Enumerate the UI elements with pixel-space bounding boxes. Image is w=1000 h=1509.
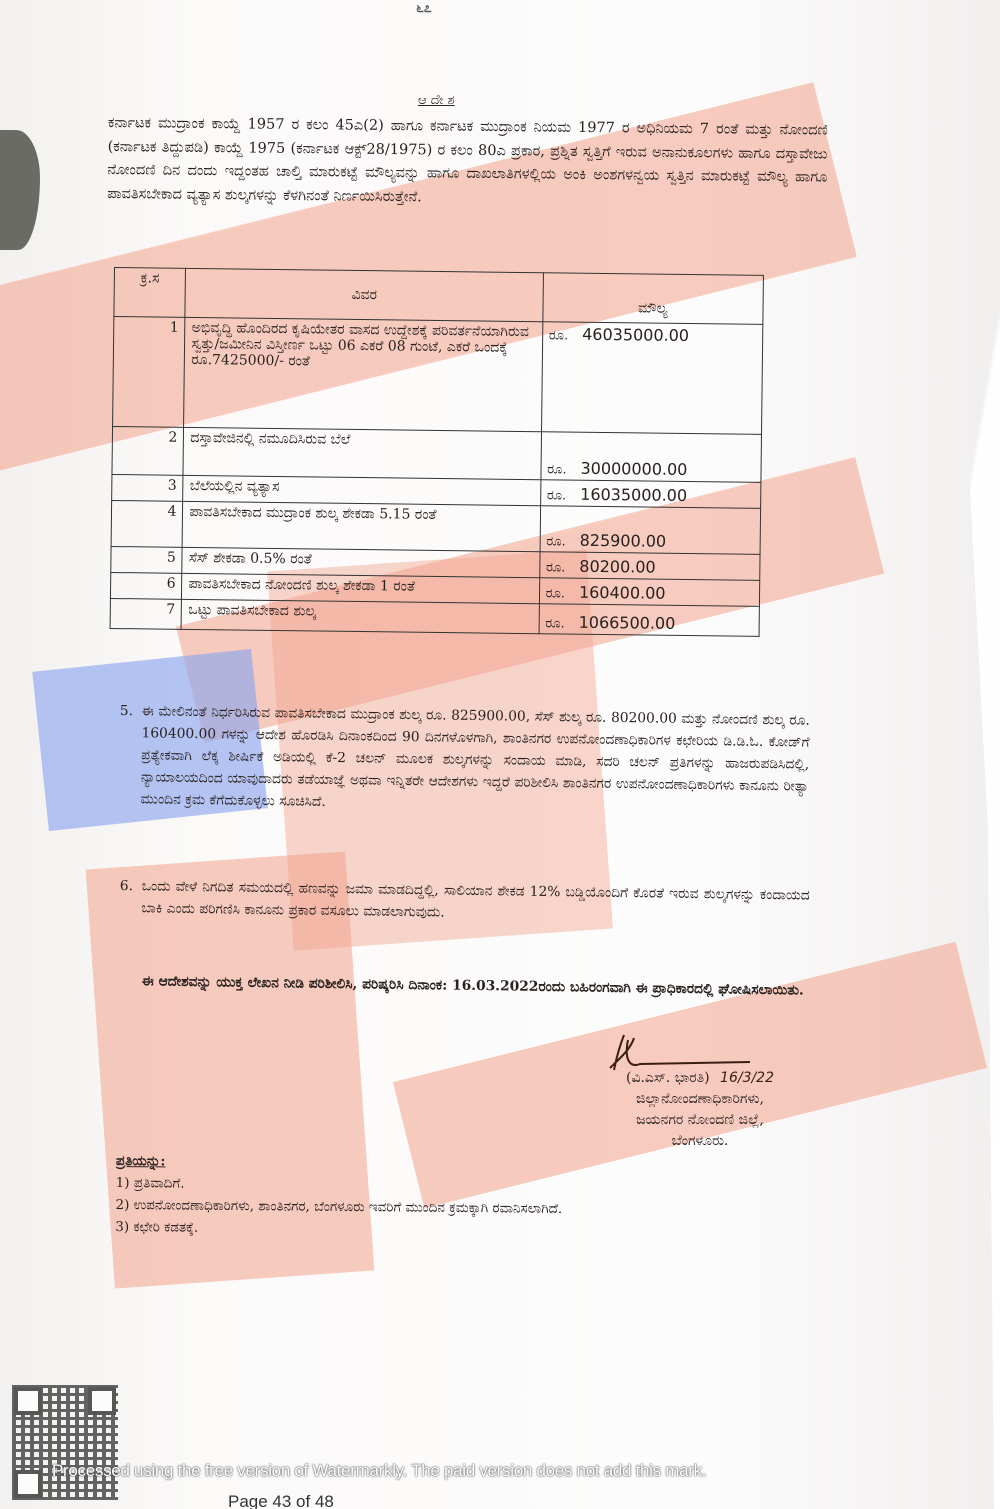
qr-finder	[14, 1470, 42, 1498]
signatory-office: ಜಯನಗರ ನೋಂದಣಿ ಜಿಲ್ಲೆ,	[570, 1110, 830, 1131]
cell-sl-no: 2	[112, 426, 184, 475]
cell-sl-no: 1	[113, 317, 186, 428]
page-top-number: ೬೭	[416, 0, 432, 16]
header-value: ಮೌಲ್ಯ	[543, 273, 764, 325]
paragraph-text: ಈ ಮೇಲಿನಂತೆ ನಿರ್ಧರಿಸಿರುವ ಪಾವತಿಸಬೇಕಾದ ಮುದ್…	[140, 700, 809, 819]
intro-paragraph: ಕರ್ನಾಟಕ ಮುದ್ರಾಂಕ ಕಾಯ್ದೆ 1957 ರ ಕಲಂ 45ಎ(2…	[107, 112, 828, 214]
cell-sl-no: 7	[110, 598, 182, 629]
header-sl-no: ಕ್ರ.ಸ	[114, 268, 186, 318]
currency-label: ರೂ.	[545, 616, 564, 631]
qr-finder	[88, 1387, 116, 1415]
amount: 46035000.00	[582, 325, 689, 345]
currency-label: ರೂ.	[549, 328, 568, 343]
currency-label: ರೂ.	[546, 586, 565, 601]
qr-code	[12, 1385, 118, 1500]
fee-table: ಕ್ರ.ಸ ವಿವರ ಮೌಲ್ಯ 1ಅಭಿವೃದ್ಧಿ ಹೊಂದಿರದ ಕೃಷಿ…	[110, 267, 764, 637]
copies-section: ಪ್ರತಿಯನ್ನು: 1) ಪ್ರತಿವಾದಿಗೆ. 2) ಉಪನೋಂದಣಾಧ…	[115, 1150, 562, 1242]
amount: 825900.00	[580, 531, 667, 551]
table-header-row: ಕ್ರ.ಸ ವಿವರ ಮೌಲ್ಯ	[114, 268, 764, 325]
paragraph-number: 6.	[120, 875, 133, 897]
cell-description: ಅಭಿವೃದ್ಧಿ ಹೊಂದಿರದ ಕೃಷಿಯೇತರ ವಾಸದ ಉದ್ದೇಶಕ್…	[184, 317, 543, 431]
cell-value: ರೂ.1066500.00	[539, 604, 760, 637]
handwritten-date: 16/3/22	[720, 1070, 774, 1086]
amount: 16035000.00	[580, 485, 687, 505]
currency-label: ರೂ.	[546, 560, 565, 575]
cell-value: ರೂ.160400.00	[539, 578, 760, 607]
cell-sl-no: 6	[110, 572, 182, 599]
cell-value: ರೂ.16035000.00	[540, 480, 761, 509]
currency-label: ರೂ.	[546, 534, 565, 549]
qr-finder	[14, 1387, 42, 1415]
cell-value: ರೂ.30000000.00	[541, 432, 762, 483]
cell-value: ರೂ.46035000.00	[541, 322, 763, 435]
signatory-city: ಬೆಂಗಳೂರು.	[570, 1131, 830, 1152]
watermark-notice: Processed using the free version of Wate…	[52, 1461, 992, 1481]
cell-description: ಪಾವತಿಸಬೇಕಾದ ಮುದ್ರಾಂಕ ಶುಲ್ಕ ಶೇಕಡಾ 5.15 ರಂ…	[183, 501, 541, 551]
document-content: ೬೭ ಆ ದೇ ಶ ಕರ್ನಾಟಕ ಮುದ್ರಾಂಕ ಕಾಯ್ದೆ 1957 ರ…	[0, 0, 1000, 1509]
cell-value: ರೂ.825900.00	[540, 506, 761, 555]
cell-description: ಒಟ್ಟು ಪಾವತಿಸಬೇಕಾದ ಶುಲ್ಕ	[182, 599, 540, 633]
currency-label: ರೂ.	[547, 488, 566, 503]
cell-value: ರೂ.80200.00	[539, 552, 760, 581]
paragraph-6: 6. ಒಂದು ವೇಳೆ ನಿಗದಿತ ಸಮಯದಲ್ಲಿ ಹಣವನ್ನು ಜಮಾ…	[119, 875, 810, 929]
amount: 80200.00	[579, 557, 656, 577]
cell-sl-no: 3	[112, 474, 184, 501]
signatory-name: (ವಿ.ಎಸ್. ಭಾರತಿ)	[626, 1070, 710, 1086]
declaration-paragraph: ಈ ಆದೇಶವನ್ನು ಯುಕ್ತ ಲೇಖನ ನೀಡಿ ಪರಿಶೀಲಿಸಿ, ಪ…	[120, 970, 810, 1002]
header-description: ವಿವರ	[185, 268, 543, 321]
page-number: Page 43 of 48	[228, 1492, 334, 1509]
amount: 1066500.00	[579, 613, 676, 633]
amount: 30000000.00	[580, 459, 687, 479]
currency-label: ರೂ.	[547, 462, 566, 477]
paragraph-number: 5.	[120, 700, 133, 722]
paragraph-5: 5. ಈ ಮೇಲಿನಂತೆ ನಿರ್ಧರಿಸಿರುವ ಪಾವತಿಸಬೇಕಾದ ಮ…	[118, 700, 809, 820]
signature-block: (ವಿ.ಎಸ್. ಭಾರತಿ) 16/3/22 ಜಿಲ್ಲಾನೋಂದಣಾಧಿಕಾ…	[570, 1030, 830, 1152]
table-row: 1ಅಭಿವೃದ್ಧಿ ಹೊಂದಿರದ ಕೃಷಿಯೇತರ ವಾಸದ ಉದ್ದೇಶಕ…	[113, 317, 763, 435]
amount: 160400.00	[579, 583, 666, 603]
cell-sl-no: 4	[111, 500, 183, 547]
order-title: ಆ ದೇ ಶ	[418, 93, 455, 108]
table-row: 4ಪಾವತಿಸಬೇಕಾದ ಮುದ್ರಾಂಕ ಶುಲ್ಕ ಶೇಕಡಾ 5.15 ರ…	[111, 500, 761, 554]
paragraph-text: ಒಂದು ವೇಳೆ ನಿಗದಿತ ಸಮಯದಲ್ಲಿ ಹಣವನ್ನು ಜಮಾ ಮಾ…	[141, 875, 810, 928]
cell-sl-no: 5	[111, 546, 183, 573]
cell-description: ದಸ್ತಾವೇಜಿನಲ್ಲಿ ನಮೂದಿಸಿರುವ ಬೆಲೆ	[183, 427, 541, 479]
copy-item: 3) ಕಛೇರಿ ಕಡತಕ್ಕೆ.	[115, 1216, 562, 1242]
table-row: 2ದಸ್ತಾವೇಜಿನಲ್ಲಿ ನಮೂದಿಸಿರುವ ಬೆಲೆರೂ.300000…	[112, 426, 762, 482]
signatory-designation: ಜಿಲ್ಲಾನೋಂದಣಾಧಿಕಾರಿಗಳು,	[570, 1089, 830, 1110]
